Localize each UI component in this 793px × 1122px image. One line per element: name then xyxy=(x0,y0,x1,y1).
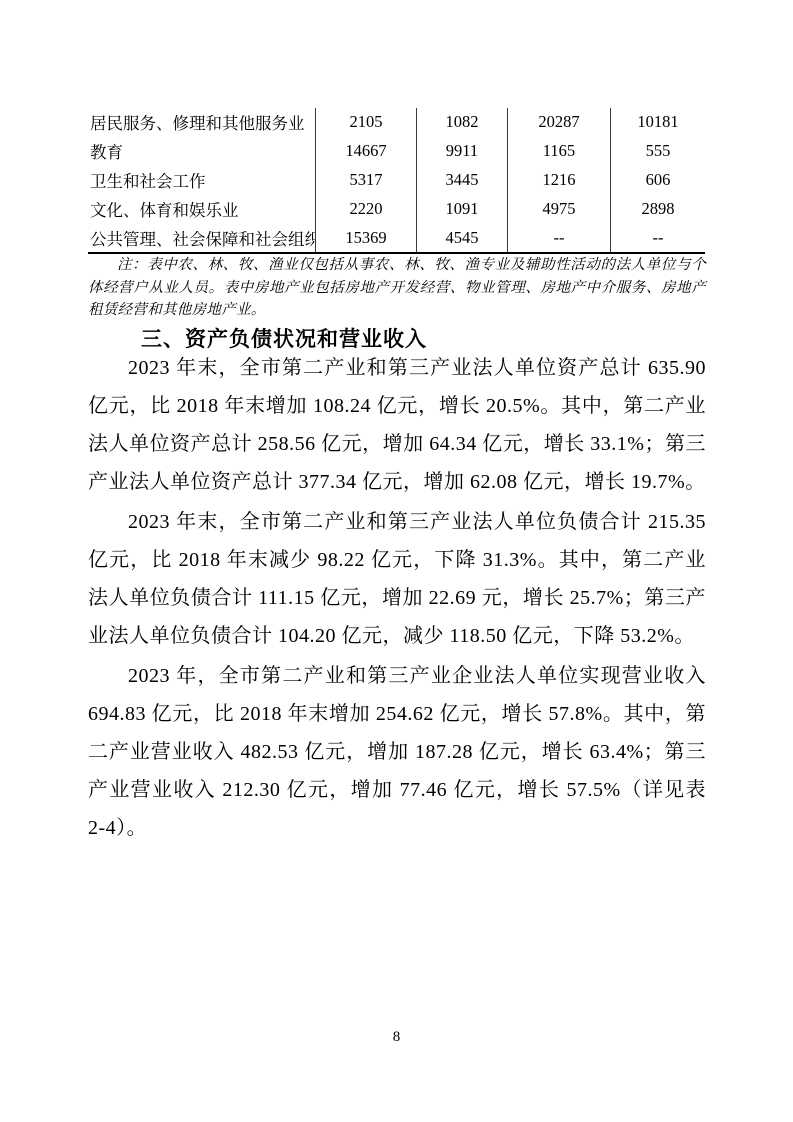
paragraph-revenue: 2023 年，全市第二产业和第三产业企业法人单位实现营业收入 694.83 亿元… xyxy=(88,657,706,847)
row-label: 卫生和社会工作 xyxy=(88,168,315,192)
cell-value: 2220 xyxy=(315,194,416,223)
cell-value: -- xyxy=(507,223,610,252)
cell-value: 4545 xyxy=(416,223,507,252)
section-body: 2023 年末，全市第二产业和第三产业法人单位资产总计 635.90 亿元，比 … xyxy=(88,349,706,849)
row-label: 居民服务、修理和其他服务业 xyxy=(88,110,315,134)
cell-value: 9911 xyxy=(416,137,507,166)
cell-value: 1082 xyxy=(416,108,507,137)
cell-value: 10181 xyxy=(610,108,705,137)
row-label: 文化、体育和娱乐业 xyxy=(88,197,315,221)
cell-value: 555 xyxy=(610,137,705,166)
table-row: 教育 14667 9911 1165 555 xyxy=(88,137,705,166)
table-note: 注：表中农、林、牧、渔业仅包括从事农、林、牧、渔专业及辅助性活动的法人单位与个体… xyxy=(88,254,706,322)
cell-value: 2105 xyxy=(315,108,416,137)
cell-value: 1216 xyxy=(507,166,610,195)
row-label: 公共管理、社会保障和社会组织 xyxy=(88,226,315,250)
cell-value: -- xyxy=(610,223,705,252)
cell-value: 3445 xyxy=(416,166,507,195)
cell-value: 606 xyxy=(610,166,705,195)
cell-value: 20287 xyxy=(507,108,610,137)
table-row: 文化、体育和娱乐业 2220 1091 4975 2898 xyxy=(88,194,705,223)
cell-value: 15369 xyxy=(315,223,416,252)
cell-value: 1165 xyxy=(507,137,610,166)
table-row: 卫生和社会工作 5317 3445 1216 606 xyxy=(88,166,705,195)
paragraph-liabilities: 2023 年末，全市第二产业和第三产业法人单位负债合计 215.35 亿元，比 … xyxy=(88,503,706,655)
cell-value: 2898 xyxy=(610,194,705,223)
statistics-table: 居民服务、修理和其他服务业 2105 1082 20287 10181 教育 1… xyxy=(88,108,705,254)
cell-value: 14667 xyxy=(315,137,416,166)
cell-value: 1091 xyxy=(416,194,507,223)
table-row: 公共管理、社会保障和社会组织 15369 4545 -- -- xyxy=(88,223,705,252)
cell-value: 5317 xyxy=(315,166,416,195)
table-row: 居民服务、修理和其他服务业 2105 1082 20287 10181 xyxy=(88,108,705,137)
cell-value: 4975 xyxy=(507,194,610,223)
page-number: 8 xyxy=(0,1029,793,1046)
row-label: 教育 xyxy=(88,139,315,163)
document-page: 居民服务、修理和其他服务业 2105 1082 20287 10181 教育 1… xyxy=(0,0,793,1122)
paragraph-assets: 2023 年末，全市第二产业和第三产业法人单位资产总计 635.90 亿元，比 … xyxy=(88,349,706,501)
